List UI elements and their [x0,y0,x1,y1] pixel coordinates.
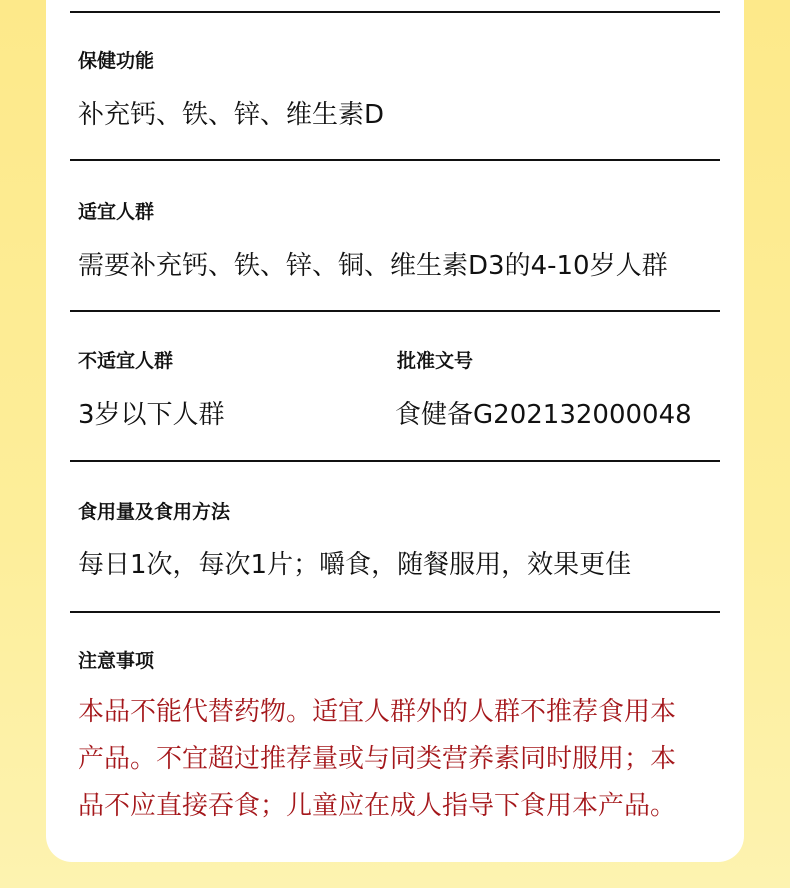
divider [70,310,720,312]
divider [70,11,720,13]
notes-line: 产品。不宜超过推荐量或与同类营养素同时服用；本 [78,736,728,783]
health-function-label: 保健功能 [78,46,154,73]
suitable-group-value: 需要补充钙、铁、锌、铜、维生素D3的4-10岁人群 [78,245,668,282]
notes-text: 本品不能代替药物。适宜人群外的人群不推荐食用本 产品。不宜超过推荐量或与同类营养… [78,689,728,830]
unsuitable-group-value: 3岁以下人群 [78,394,225,431]
notes-line: 品不应直接吞食；儿童应在成人指导下食用本产品。 [78,783,728,830]
notes-line: 本品不能代替药物。适宜人群外的人群不推荐食用本 [78,689,728,736]
dosage-label: 食用量及食用方法 [78,497,230,524]
unsuitable-group-label: 不适宜人群 [78,346,173,373]
approval-number-value: 食健备G202132000048 [395,394,692,431]
notes-label: 注意事项 [78,646,154,673]
suitable-group-label: 适宜人群 [78,197,154,224]
divider [70,611,720,613]
approval-number-label: 批准文号 [397,346,473,373]
health-function-value: 补充钙、铁、锌、维生素D [78,94,384,131]
dosage-value: 每日1次，每次1片；嚼食，随餐服用，效果更佳 [78,544,631,581]
divider [70,159,720,161]
divider [70,460,720,462]
